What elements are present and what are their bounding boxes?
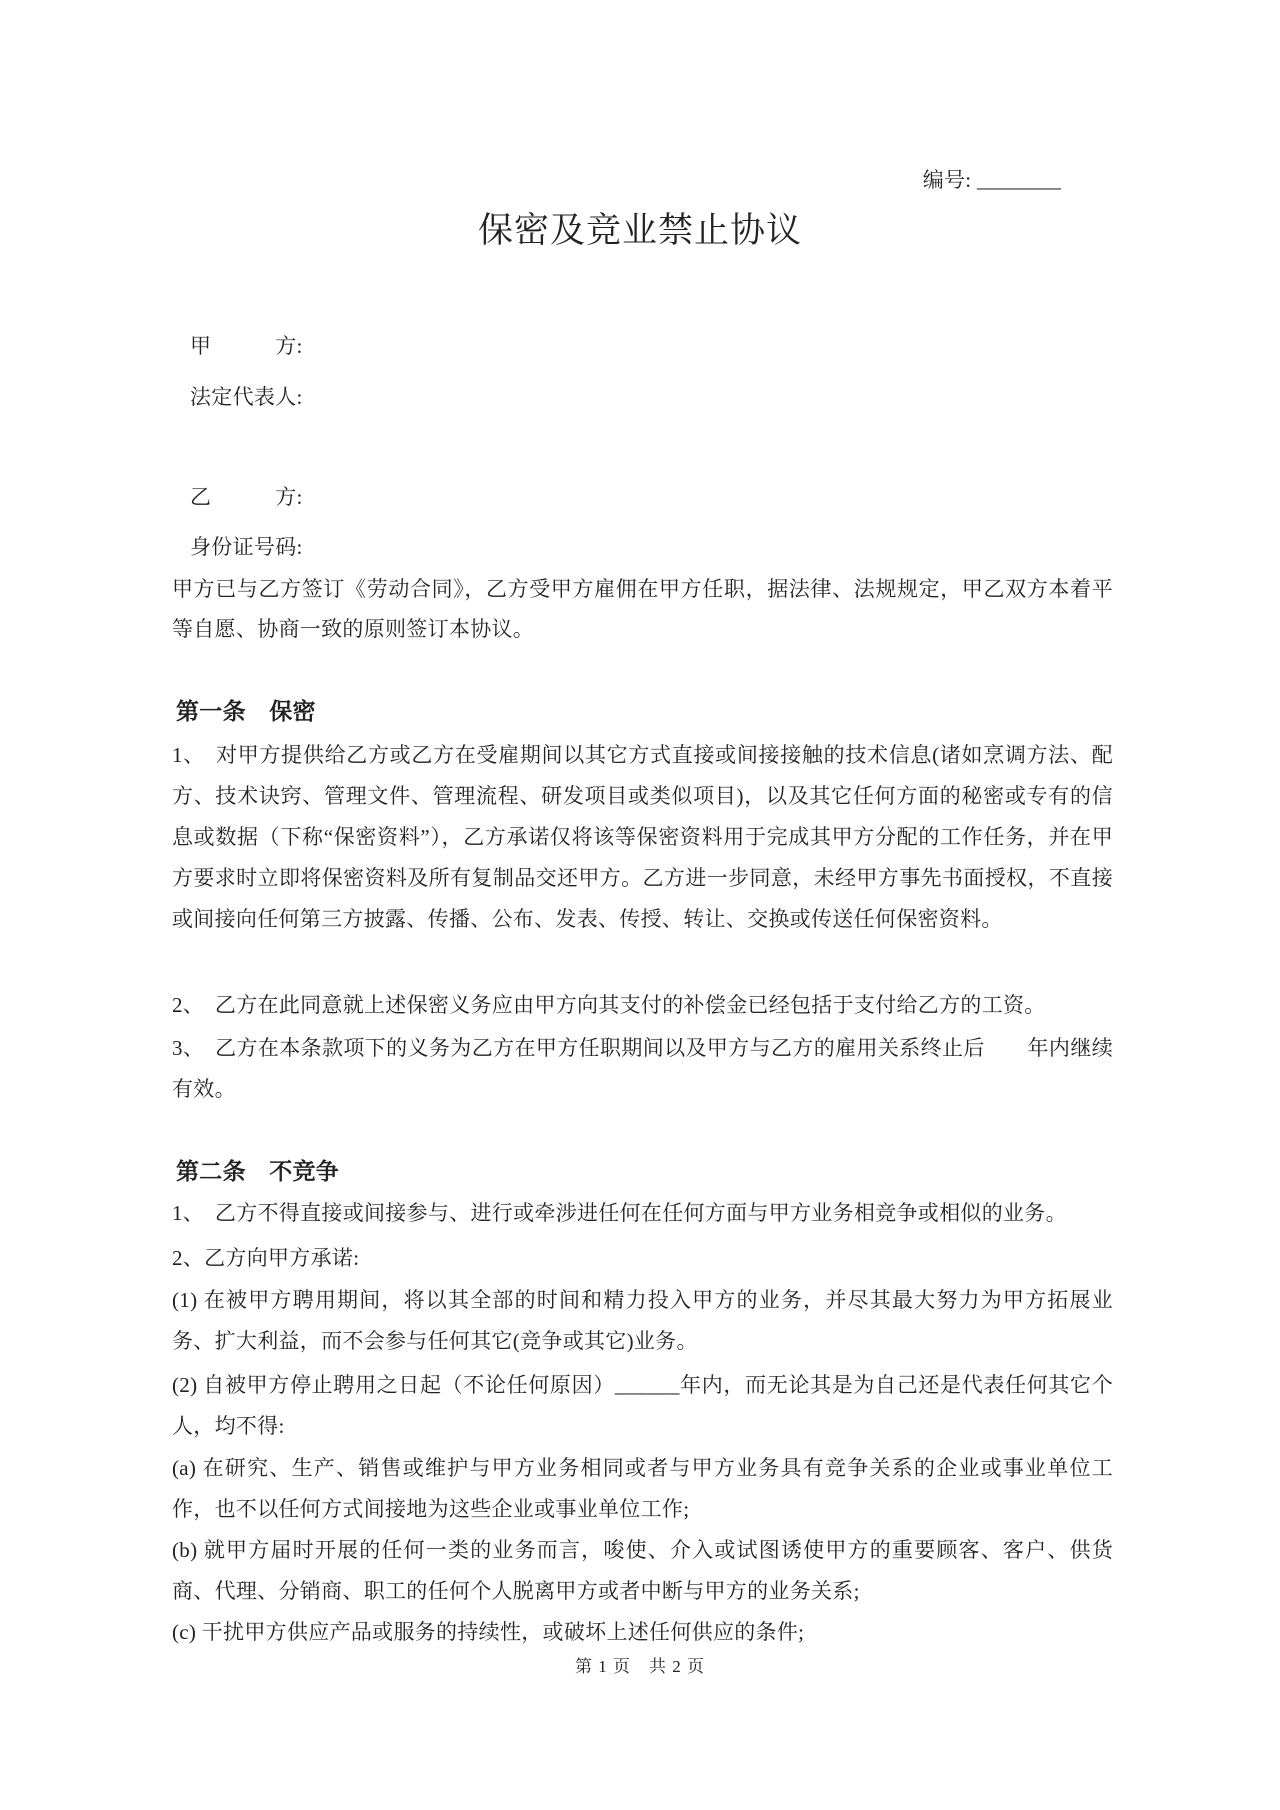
preamble-paragraph: 甲方已与乙方签订《劳动合同》，乙方受甲方雇佣在甲方任职，据法律、法规规定，甲乙双… — [172, 569, 1113, 649]
party-a-label: 甲 方: — [172, 326, 1113, 366]
section2-item2-intro: 2、乙方向甲方承诺: — [172, 1238, 1113, 1279]
section1-item2: 2、 乙方在此同意就上述保密义务应由甲方向其支付的补偿金已经包括于支付给乙方的工… — [172, 985, 1113, 1026]
section2-subitem-2: (2) 自被甲方停止聘用之日起（不论任何原因）______年内，而无论其是为自己… — [172, 1365, 1113, 1447]
section2-item1: 1、 乙方不得直接或间接参与、进行或牵涉进任何在任何方面与甲方业务相竞争或相似的… — [172, 1193, 1113, 1234]
section2-subitem-a: (a) 在研究、生产、销售或维护与甲方业务相同或者与甲方业务具有竞争关系的企业或… — [172, 1448, 1113, 1530]
section2-heading: 第二条 不竞争 — [172, 1152, 1113, 1192]
party-b-label: 乙 方: — [172, 477, 1113, 517]
page-title: 保密及竞业禁止协议 — [0, 206, 1280, 256]
section2-subitem-c: (c) 干扰甲方供应产品或服务的持续性，或破坏上述任何供应的条件; — [172, 1612, 1113, 1653]
doc-number-line: 编号: ________ — [172, 160, 1113, 200]
id-number-label: 身份证号码: — [172, 527, 1113, 567]
section1-item3: 3、 乙方在本条款项下的义务为乙方在甲方任职期间以及甲方与乙方的雇用关系终止后 … — [172, 1028, 1113, 1110]
legal-representative-label: 法定代表人: — [172, 377, 1113, 417]
section1-item1: 1、 对甲方提供给乙方或乙方在受雇期间以其它方式直接或间接接触的技术信息(诸如烹… — [172, 735, 1113, 940]
section2-subitem-b: (b) 就甲方届时开展的任何一类的业务而言，唆使、介入或试图诱使甲方的重要顾客、… — [172, 1530, 1113, 1612]
section2-subitem-1: (1) 在被甲方聘用期间，将以其全部的时间和精力投入甲方的业务，并尽其最大努力为… — [172, 1280, 1113, 1362]
contract-page: 编号: ________ 保密及竞业禁止协议 甲 方: 法定代表人: 乙 方: … — [0, 0, 1280, 1810]
doc-number-label: 编号: — [923, 168, 972, 192]
doc-number-blank: ________ — [977, 168, 1061, 192]
page-footer: 第 1 页 共 2 页 — [0, 1652, 1280, 1682]
section1-heading: 第一条 保密 — [172, 692, 1113, 732]
